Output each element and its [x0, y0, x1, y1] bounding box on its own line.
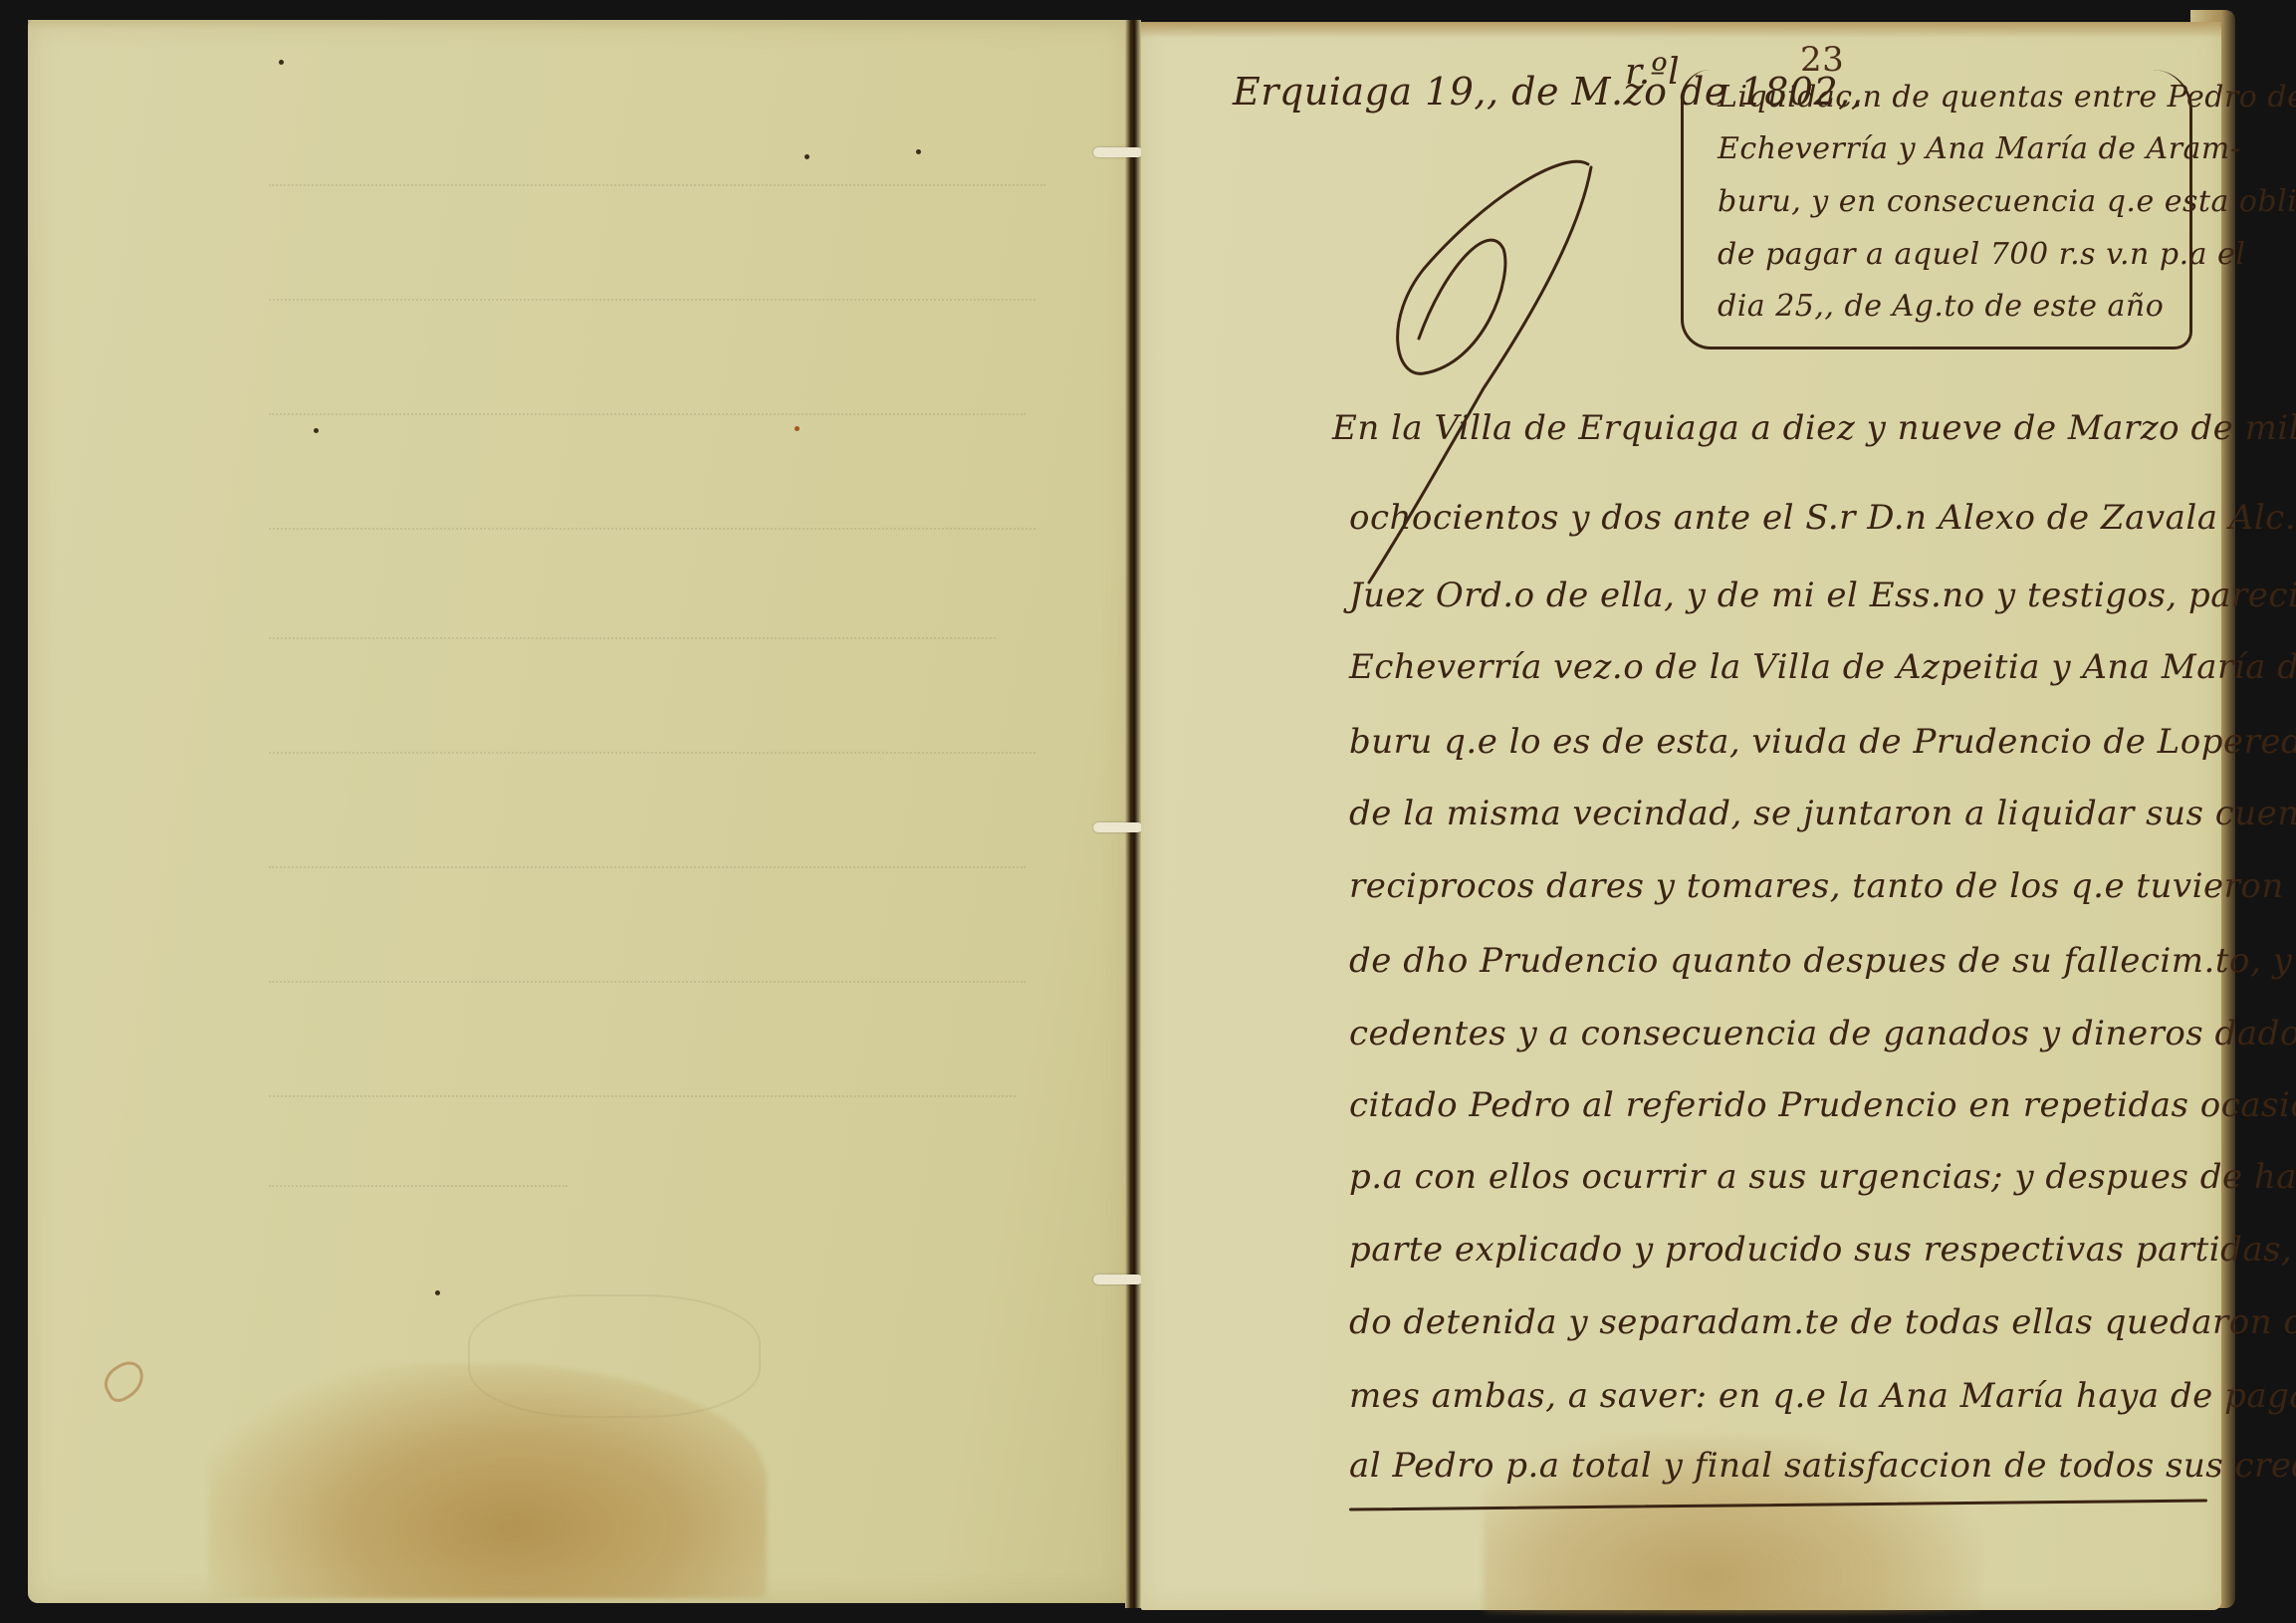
paper-speck — [279, 60, 284, 65]
bleed-through-line — [269, 289, 1035, 301]
body-line: do detenida y separadam.te de todas ella… — [1349, 1302, 2296, 1342]
body-line: parte explicado y producido sus respecti… — [1349, 1230, 2296, 1270]
bleed-through-line — [269, 174, 1045, 186]
paper-speck — [916, 149, 921, 154]
body-line: En la Villa de Erquiaga a diez y nueve d… — [1332, 408, 2296, 448]
bleed-through-line — [269, 1175, 568, 1187]
body-line: al Pedro p.a total y final satisfaccion … — [1349, 1446, 2296, 1486]
body-line: cedentes y a consecuencia de ganados y d… — [1349, 1014, 2296, 1053]
bleed-through-line — [269, 742, 1035, 754]
bleed-through-line — [269, 518, 1035, 530]
paper-speck — [804, 154, 809, 159]
binding-stitch — [1093, 147, 1143, 157]
bleed-through-line — [269, 627, 996, 639]
body-line: Juez Ord.o de ella, y de mi el Ess.no y … — [1349, 576, 2296, 615]
bleed-through-line — [269, 1085, 1016, 1097]
summary-line: buru, y en consecuencia q.e esta obliga.… — [1718, 184, 2296, 219]
body-line: citado Pedro al referido Prudencio en re… — [1349, 1085, 2296, 1125]
water-stain — [209, 1364, 767, 1598]
bleed-through-line — [269, 971, 1026, 983]
left-page-top-edge — [28, 20, 1131, 30]
bleed-through-line — [269, 403, 1026, 415]
body-line: mes ambas, a saver: en q.e la Ana María … — [1349, 1376, 2296, 1416]
body-line: de dho Prudencio quanto despues de su fa… — [1349, 941, 2296, 981]
bleed-through-line — [269, 856, 1026, 868]
summary-line: Echeverría y Ana María de Aram- — [1718, 131, 2241, 166]
paper-speck — [795, 426, 800, 431]
open-book-spread: Erquiaga 19,, de M.zo de 1802,, r.ºl 23 … — [0, 0, 2296, 1623]
summary-line: dia 25,, de Ag.to de este año — [1718, 289, 2164, 324]
body-line: de la misma vecindad, se juntaron a liqu… — [1349, 794, 2296, 833]
book-spine — [1125, 20, 1141, 1608]
right-page-top-edge — [1141, 22, 2221, 38]
paper-speck — [314, 428, 319, 433]
body-line: p.a con ellos ocurrir a sus urgencias; y… — [1349, 1157, 2296, 1197]
header-mark: r.ºl — [1625, 52, 1680, 93]
body-line: reciprocos dares y tomares, tanto de los… — [1349, 866, 2296, 906]
summary-line: Liquidac.n de quentas entre Pedro de — [1718, 80, 2296, 115]
summary-line: de pagar a aquel 700 r.s v.n p.a el — [1718, 237, 2245, 272]
binding-stitch — [1093, 822, 1143, 832]
body-line: ochocientos y dos ante el S.r D.n Alexo … — [1349, 498, 2296, 538]
paper-speck — [435, 1290, 440, 1295]
body-line: Echeverría vez.o de la Villa de Azpeitia… — [1349, 647, 2296, 687]
binding-stitch — [1093, 1275, 1143, 1284]
body-line: buru q.e lo es de esta, viuda de Prudenc… — [1349, 722, 2296, 762]
